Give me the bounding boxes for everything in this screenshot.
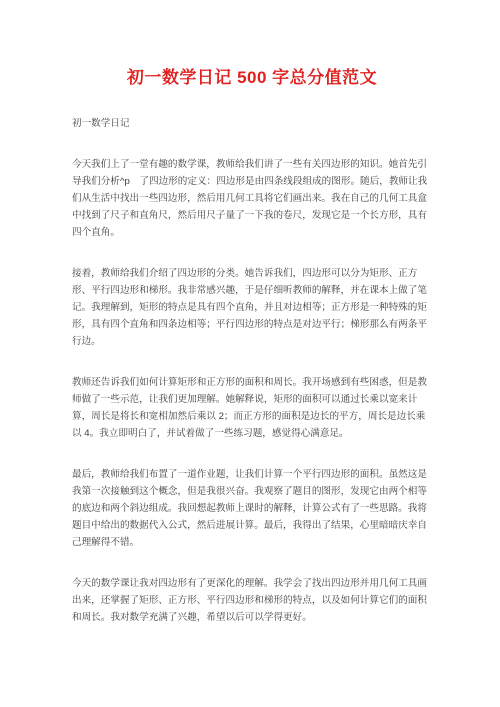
document-paragraph-5: 今天的数学课让我对四边形有了更深化的理解。我学会了找出四边形并用几何工具画出来，… bbox=[72, 575, 432, 626]
document-paragraph-4: 最后，教师给我们布置了一道作业题，让我们计算一个平行四边形的面积。虽然这是我第一… bbox=[72, 466, 432, 551]
page-title: 初一数学日记 500 字总分值范文 bbox=[72, 66, 432, 90]
document-paragraph-1: 今天我们上了一堂有趣的数学课，教师给我们讲了一些有关四边形的知识。她首先引导我们… bbox=[72, 156, 432, 241]
document-paragraph-3: 教师还告诉我们如何计算矩形和正方形的面积和周长。我开场感到有些困惑，但是教师做了… bbox=[72, 374, 432, 442]
document-page: 初一数学日记 500 字总分值范文 初一数学日记 今天我们上了一堂有趣的数学课，… bbox=[0, 0, 500, 707]
document-subtitle: 初一数学日记 bbox=[72, 115, 432, 132]
document-paragraph-2: 接着，教师给我们介绍了四边形的分类。她告诉我们，四边形可以分为矩形、正方形、平行… bbox=[72, 265, 432, 350]
